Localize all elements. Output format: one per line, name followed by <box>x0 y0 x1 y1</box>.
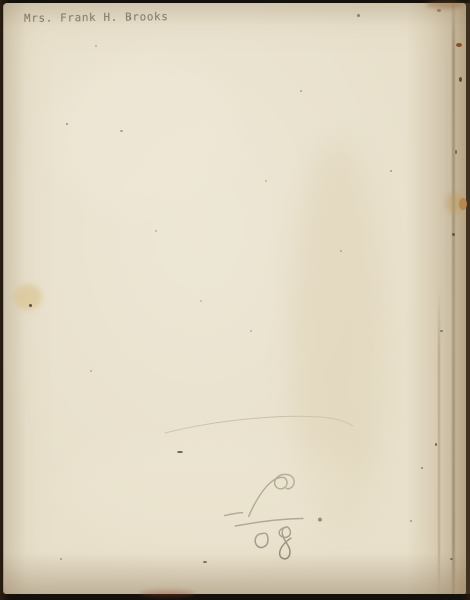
fraction-numerator-stroke <box>247 474 296 516</box>
fraction-denominator-eight <box>278 527 292 559</box>
paper-page: Mrs. Frank H. Brooks <box>3 3 466 594</box>
scanned-page: Mrs. Frank H. Brooks <box>0 0 470 600</box>
fraction-left-dash <box>225 513 243 516</box>
page-fold-crease <box>452 3 455 594</box>
owner-inscription: Mrs. Frank H. Brooks <box>24 10 169 25</box>
fraction-denominator-zero <box>255 533 269 548</box>
pencil-stray-line <box>161 405 359 439</box>
page-edge-shading <box>455 3 470 594</box>
ink-dot <box>318 517 322 521</box>
pencil-fraction-scribble <box>213 468 333 574</box>
page-fold-crease-lower <box>438 288 440 598</box>
fraction-bar <box>235 518 303 526</box>
